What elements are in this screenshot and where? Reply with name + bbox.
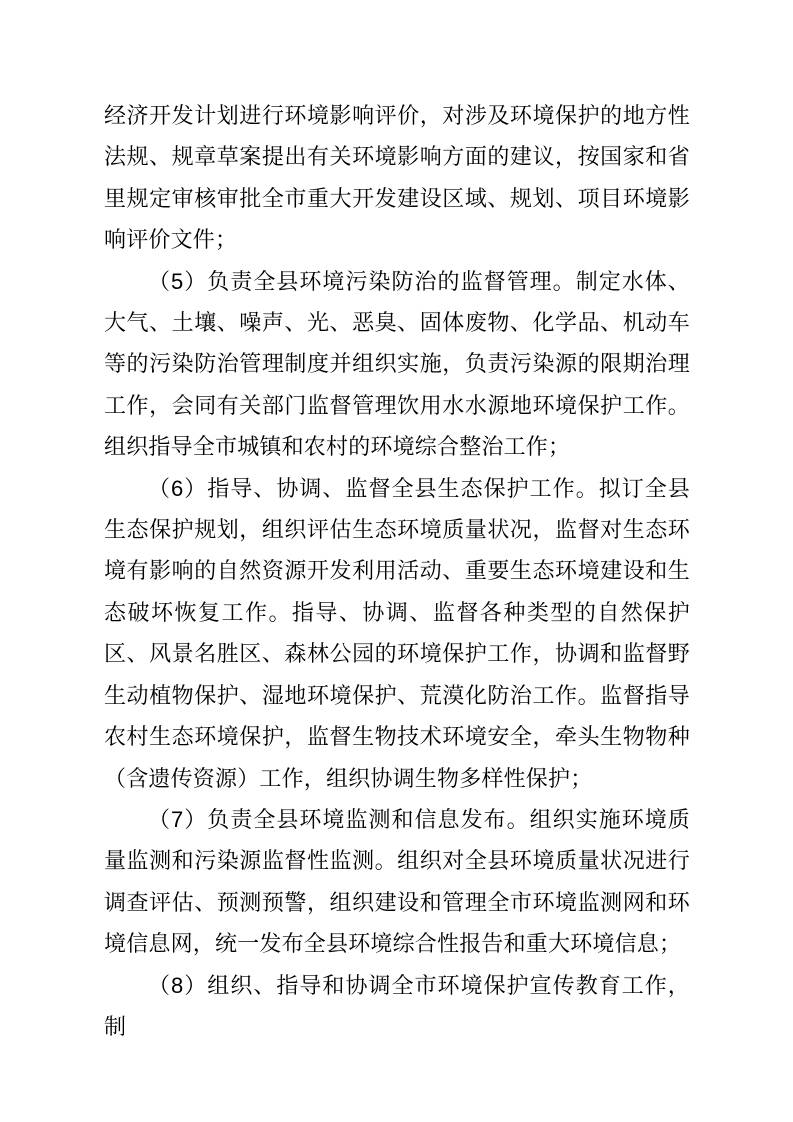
document-text-block: 经济开发计划进行环境影响评价，对涉及环境保护的地方性法规、规章草案提出有关环境影… xyxy=(104,95,690,1047)
paragraph-item-8: （8）组织、指导和协调全市环境保护宣传教育工作，制 xyxy=(104,965,690,1048)
paragraph-continuation: 经济开发计划进行环境影响评价，对涉及环境保护的地方性法规、规章草案提出有关环境影… xyxy=(104,95,690,261)
paragraph-item-6: （6）指导、协调、监督全县生态保护工作。拟订全县生态保护规划，组织评估生态环境质… xyxy=(104,468,690,799)
paragraph-item-7: （7）负责全县环境监测和信息发布。组织实施环境质量监测和污染源监督性监测。组织对… xyxy=(104,799,690,965)
document-page: 经济开发计划进行环境影响评价，对涉及环境保护的地方性法规、规章草案提出有关环境影… xyxy=(0,0,793,1122)
paragraph-item-5: （5）负责全县环境污染防治的监督管理。制定水体、大气、土壤、噪声、光、恶臭、固体… xyxy=(104,261,690,468)
